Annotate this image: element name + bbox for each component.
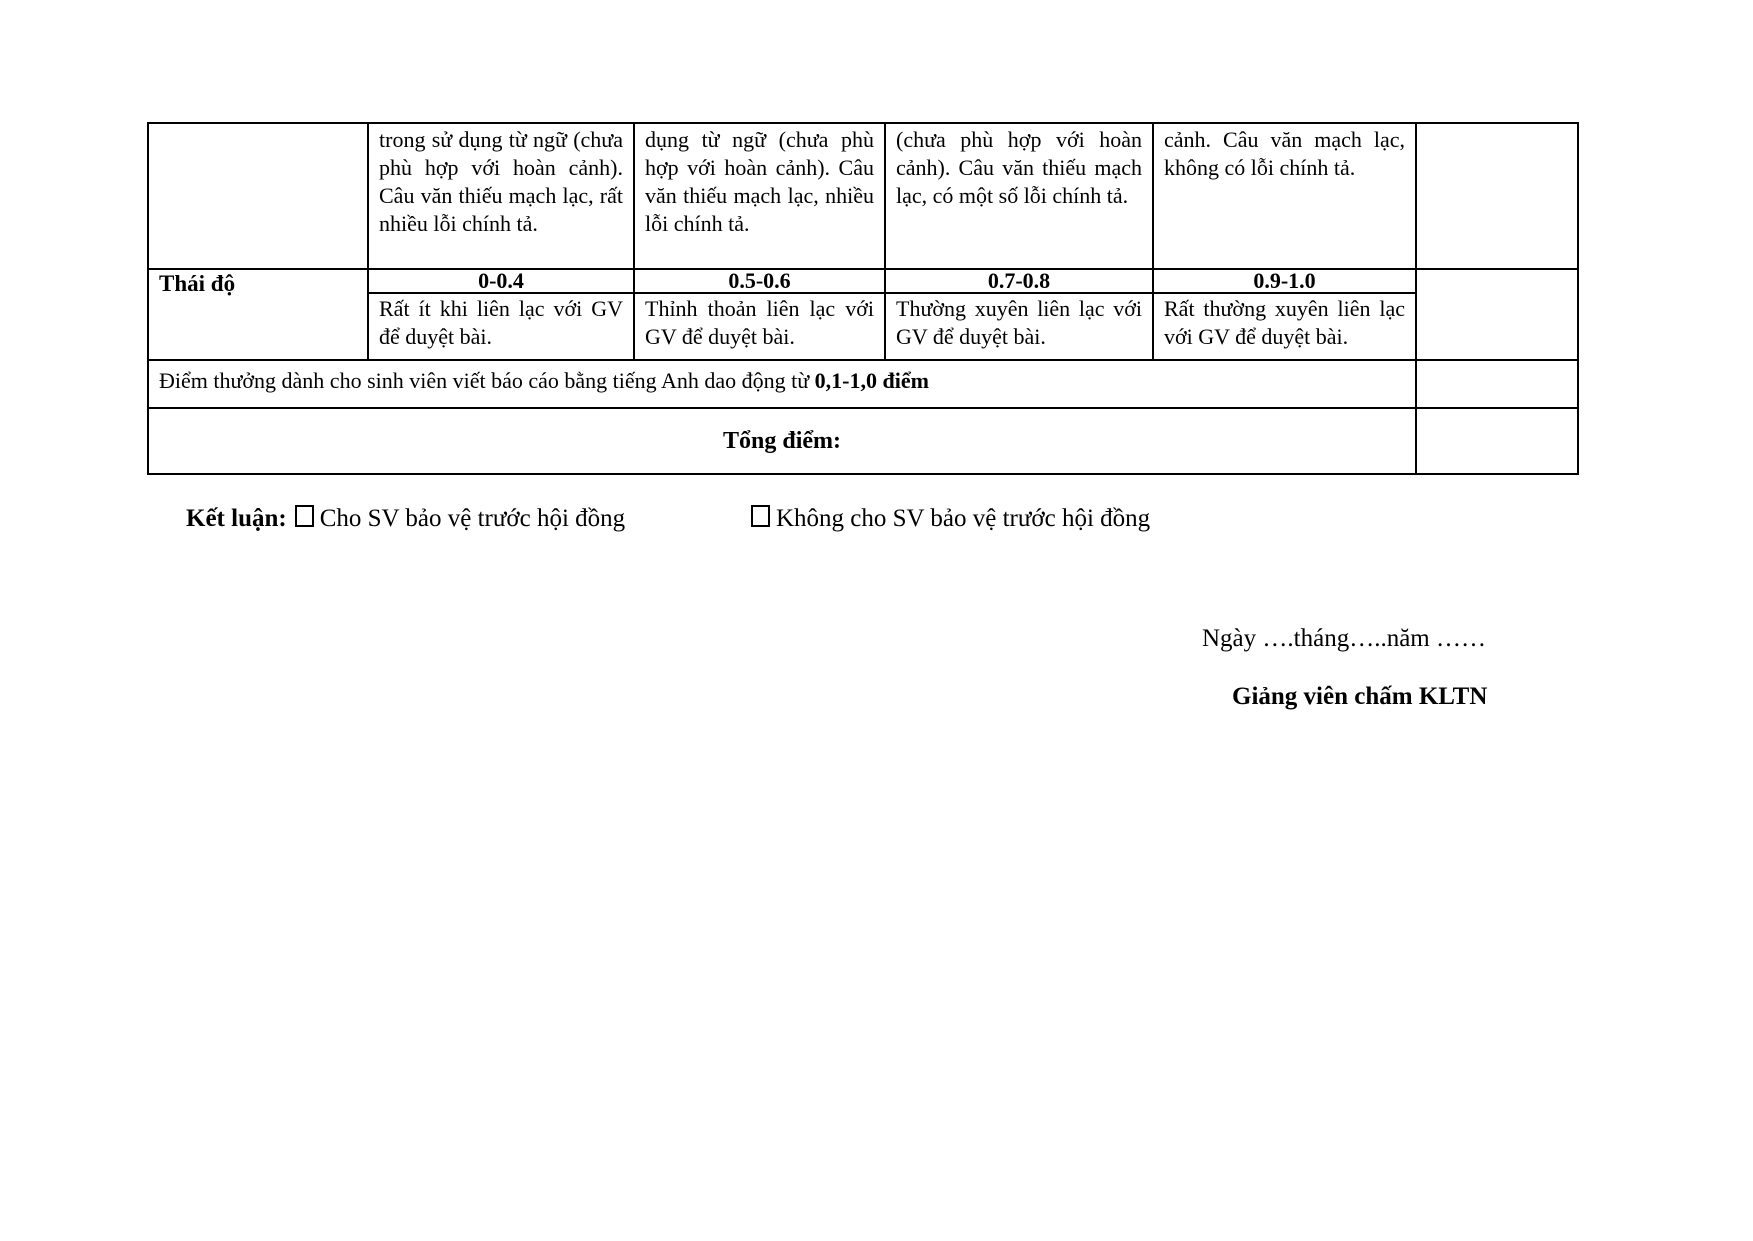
range-level-1: 0-0.4 bbox=[368, 269, 634, 293]
score-cell-bonus[interactable] bbox=[1416, 360, 1578, 408]
range-level-3: 0.7-0.8 bbox=[885, 269, 1153, 293]
bonus-range: 0,1-1,0 điểm bbox=[815, 368, 929, 393]
option-allow-defense: Cho SV bảo vệ trước hội đồng bbox=[320, 505, 625, 532]
attitude-level-4-description: Rất thường xuyên liên lạc với GV để duyệ… bbox=[1153, 293, 1416, 360]
conclusion-line: Kết luận:Cho SV bảo vệ trước hội đồng bbox=[186, 505, 625, 533]
attitude-level-1-description: Rất ít khi liên lạc với GV để duyệt bài. bbox=[368, 293, 634, 360]
range-level-4: 0.9-1.0 bbox=[1153, 269, 1416, 293]
criterion-cell bbox=[148, 123, 368, 269]
score-cell-attitude[interactable] bbox=[1416, 269, 1578, 360]
total-score-label: Tổng điểm: bbox=[148, 408, 1416, 474]
rubric-row-attitude-ranges: Thái độ 0-0.4 0.5-0.6 0.7-0.8 0.9-1.0 bbox=[148, 269, 1578, 293]
checkbox-deny-defense[interactable] bbox=[751, 505, 770, 527]
rubric-row-total: Tổng điểm: bbox=[148, 408, 1578, 474]
level-1-description: trong sử dụng từ ngữ (chưa phù hợp với h… bbox=[368, 123, 634, 269]
score-cell[interactable] bbox=[1416, 123, 1578, 269]
total-score-cell[interactable] bbox=[1416, 408, 1578, 474]
bonus-text: Điểm thưởng dành cho sinh viên viết báo … bbox=[159, 368, 815, 393]
rubric-row-language: trong sử dụng từ ngữ (chưa phù hợp với h… bbox=[148, 123, 1578, 269]
grading-rubric-table: trong sử dụng từ ngữ (chưa phù hợp với h… bbox=[147, 122, 1579, 475]
attitude-level-3-description: Thường xuyên liên lạc với GV để duyệt bà… bbox=[885, 293, 1153, 360]
checkbox-allow-defense[interactable] bbox=[295, 505, 314, 527]
level-4-description: cảnh. Câu văn mạch lạc, không có lỗi chí… bbox=[1153, 123, 1416, 269]
signer-title: Giảng viên chấm KLTN bbox=[1232, 683, 1487, 711]
document-page: trong sử dụng từ ngữ (chưa phù hợp với h… bbox=[0, 0, 1753, 1241]
conclusion-label: Kết luận: bbox=[186, 505, 287, 532]
conclusion-option-2: Không cho SV bảo vệ trước hội đồng bbox=[751, 505, 1150, 533]
criterion-attitude: Thái độ bbox=[148, 269, 368, 360]
date-line: Ngày ….tháng…..năm …… bbox=[1202, 625, 1486, 653]
level-3-description: (chưa phù hợp với hoàn cảnh). Câu văn th… bbox=[885, 123, 1153, 269]
range-level-2: 0.5-0.6 bbox=[634, 269, 885, 293]
rubric-row-bonus: Điểm thưởng dành cho sinh viên viết báo … bbox=[148, 360, 1578, 408]
level-2-description: dụng từ ngữ (chưa phù hợp với hoàn cảnh)… bbox=[634, 123, 885, 269]
bonus-description: Điểm thưởng dành cho sinh viên viết báo … bbox=[148, 360, 1416, 408]
option-deny-defense: Không cho SV bảo vệ trước hội đồng bbox=[776, 505, 1150, 532]
attitude-level-2-description: Thỉnh thoản liên lạc với GV để duyệt bài… bbox=[634, 293, 885, 360]
